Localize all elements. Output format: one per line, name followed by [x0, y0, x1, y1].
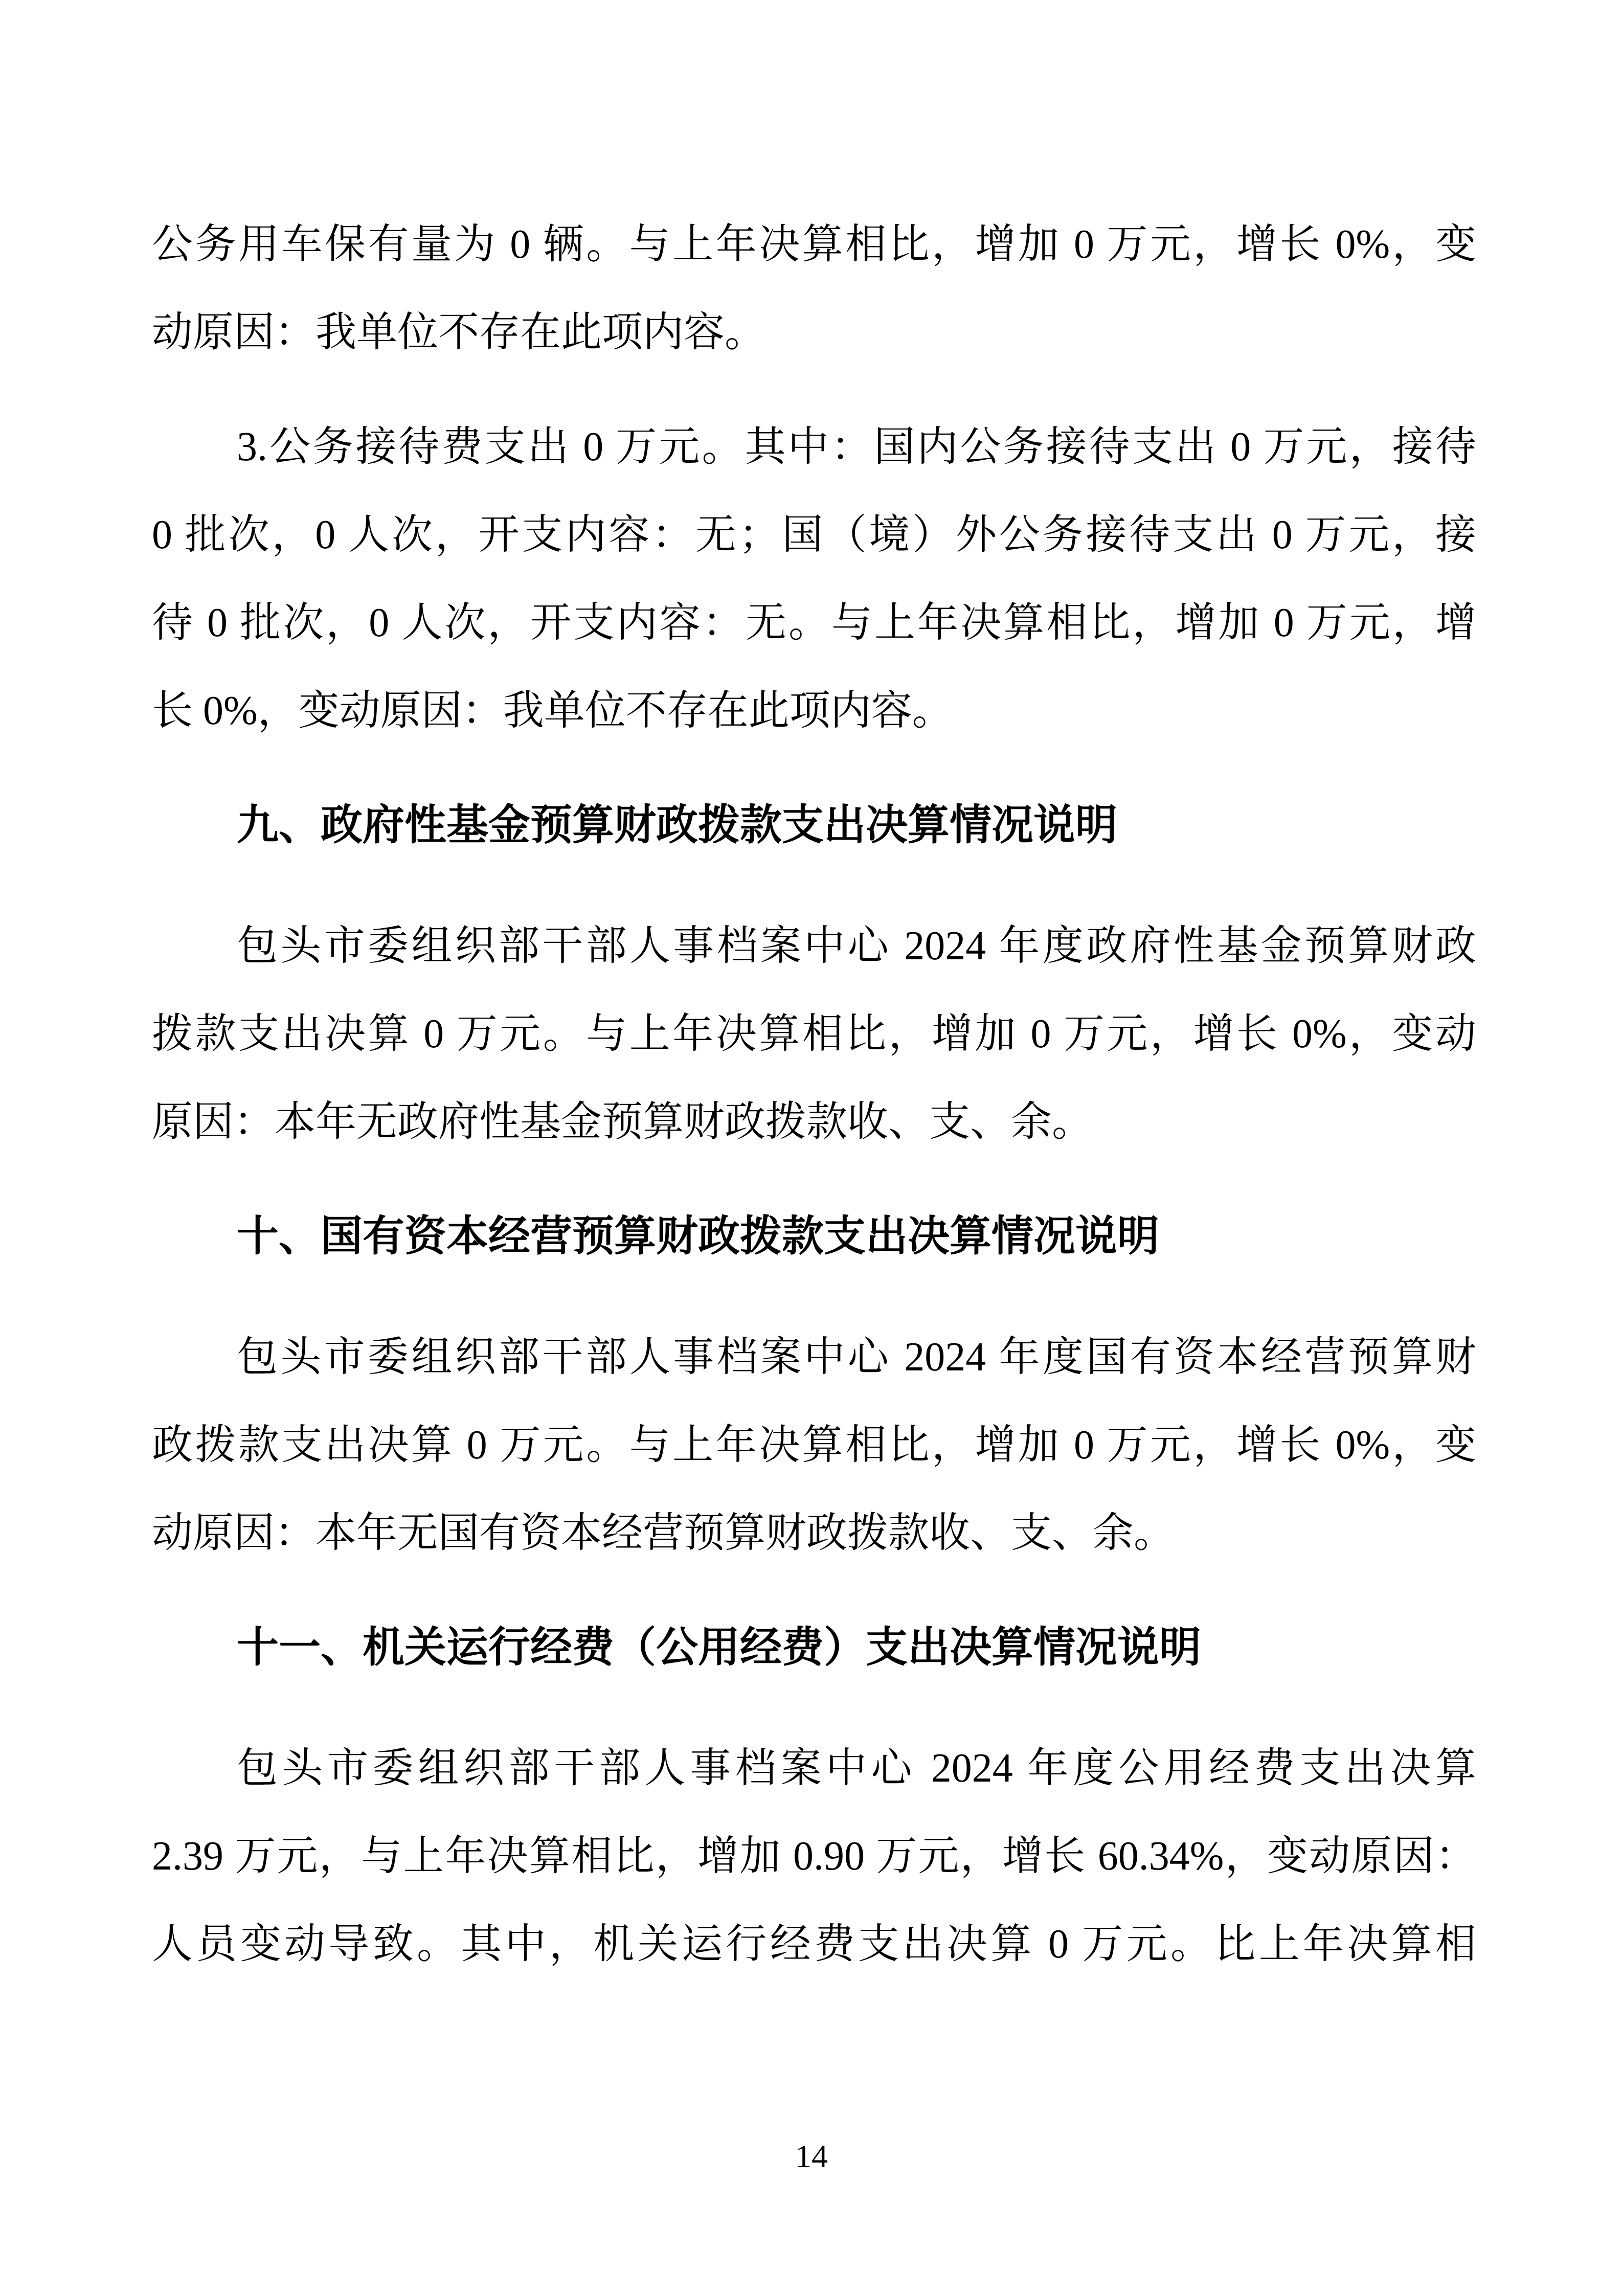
paragraph-line: 包头市委组织部干部人事档案中心 2024 年度政府性基金预算财政 — [152, 902, 1476, 990]
paragraph-line: 3.公务接待费支出 0 万元。其中：国内公务接待支出 0 万元，接待 — [152, 403, 1476, 491]
page-content: 公务用车保有量为 0 辆。与上年决算相比，增加 0 万元，增长 0%，变 动原因… — [152, 0, 1476, 1988]
paragraph-line: 动原因：我单位不存在此项内容。 — [152, 288, 1476, 376]
paragraph-line: 包头市委组织部干部人事档案中心 2024 年度公用经费支出决算 — [152, 1724, 1476, 1812]
paragraph-line: 待 0 批次，0 人次，开支内容：无。与上年决算相比，增加 0 万元，增 — [152, 579, 1476, 667]
paragraph-line: 政拨款支出决算 0 万元。与上年决算相比，增加 0 万元，增长 0%，变 — [152, 1401, 1476, 1489]
section-heading-11: 十一、机关运行经费（公用经费）支出决算情况说明 — [152, 1604, 1476, 1692]
paragraph-line: 原因：本年无政府性基金预算财政拨款收、支、余。 — [152, 1078, 1476, 1166]
paragraph-line: 2.39 万元，与上年决算相比，增加 0.90 万元，增长 60.34%，变动原… — [152, 1812, 1476, 1900]
paragraph-line: 0 批次，0 人次，开支内容：无；国（境）外公务接待支出 0 万元，接 — [152, 491, 1476, 579]
paragraph-line: 拨款支出决算 0 万元。与上年决算相比，增加 0 万元，增长 0%，变动 — [152, 990, 1476, 1078]
section-heading-9: 九、政府性基金预算财政拨款支出决算情况说明 — [152, 781, 1476, 869]
document-page: 公务用车保有量为 0 辆。与上年决算相比，增加 0 万元，增长 0%，变 动原因… — [0, 0, 1623, 2296]
paragraph-line: 动原因：本年无国有资本经营预算财政拨款收、支、余。 — [152, 1489, 1476, 1577]
paragraph-line: 人员变动导致。其中，机关运行经费支出决算 0 万元。比上年决算相 — [152, 1900, 1476, 1988]
paragraph-line: 长 0%，变动原因：我单位不存在此项内容。 — [152, 667, 1476, 755]
paragraph-line: 包头市委组织部干部人事档案中心 2024 年度国有资本经营预算财 — [152, 1313, 1476, 1401]
page-number: 14 — [0, 2140, 1623, 2173]
section-heading-10: 十、国有资本经营预算财政拨款支出决算情况说明 — [152, 1192, 1476, 1280]
paragraph-line: 公务用车保有量为 0 辆。与上年决算相比，增加 0 万元，增长 0%，变 — [152, 200, 1476, 288]
